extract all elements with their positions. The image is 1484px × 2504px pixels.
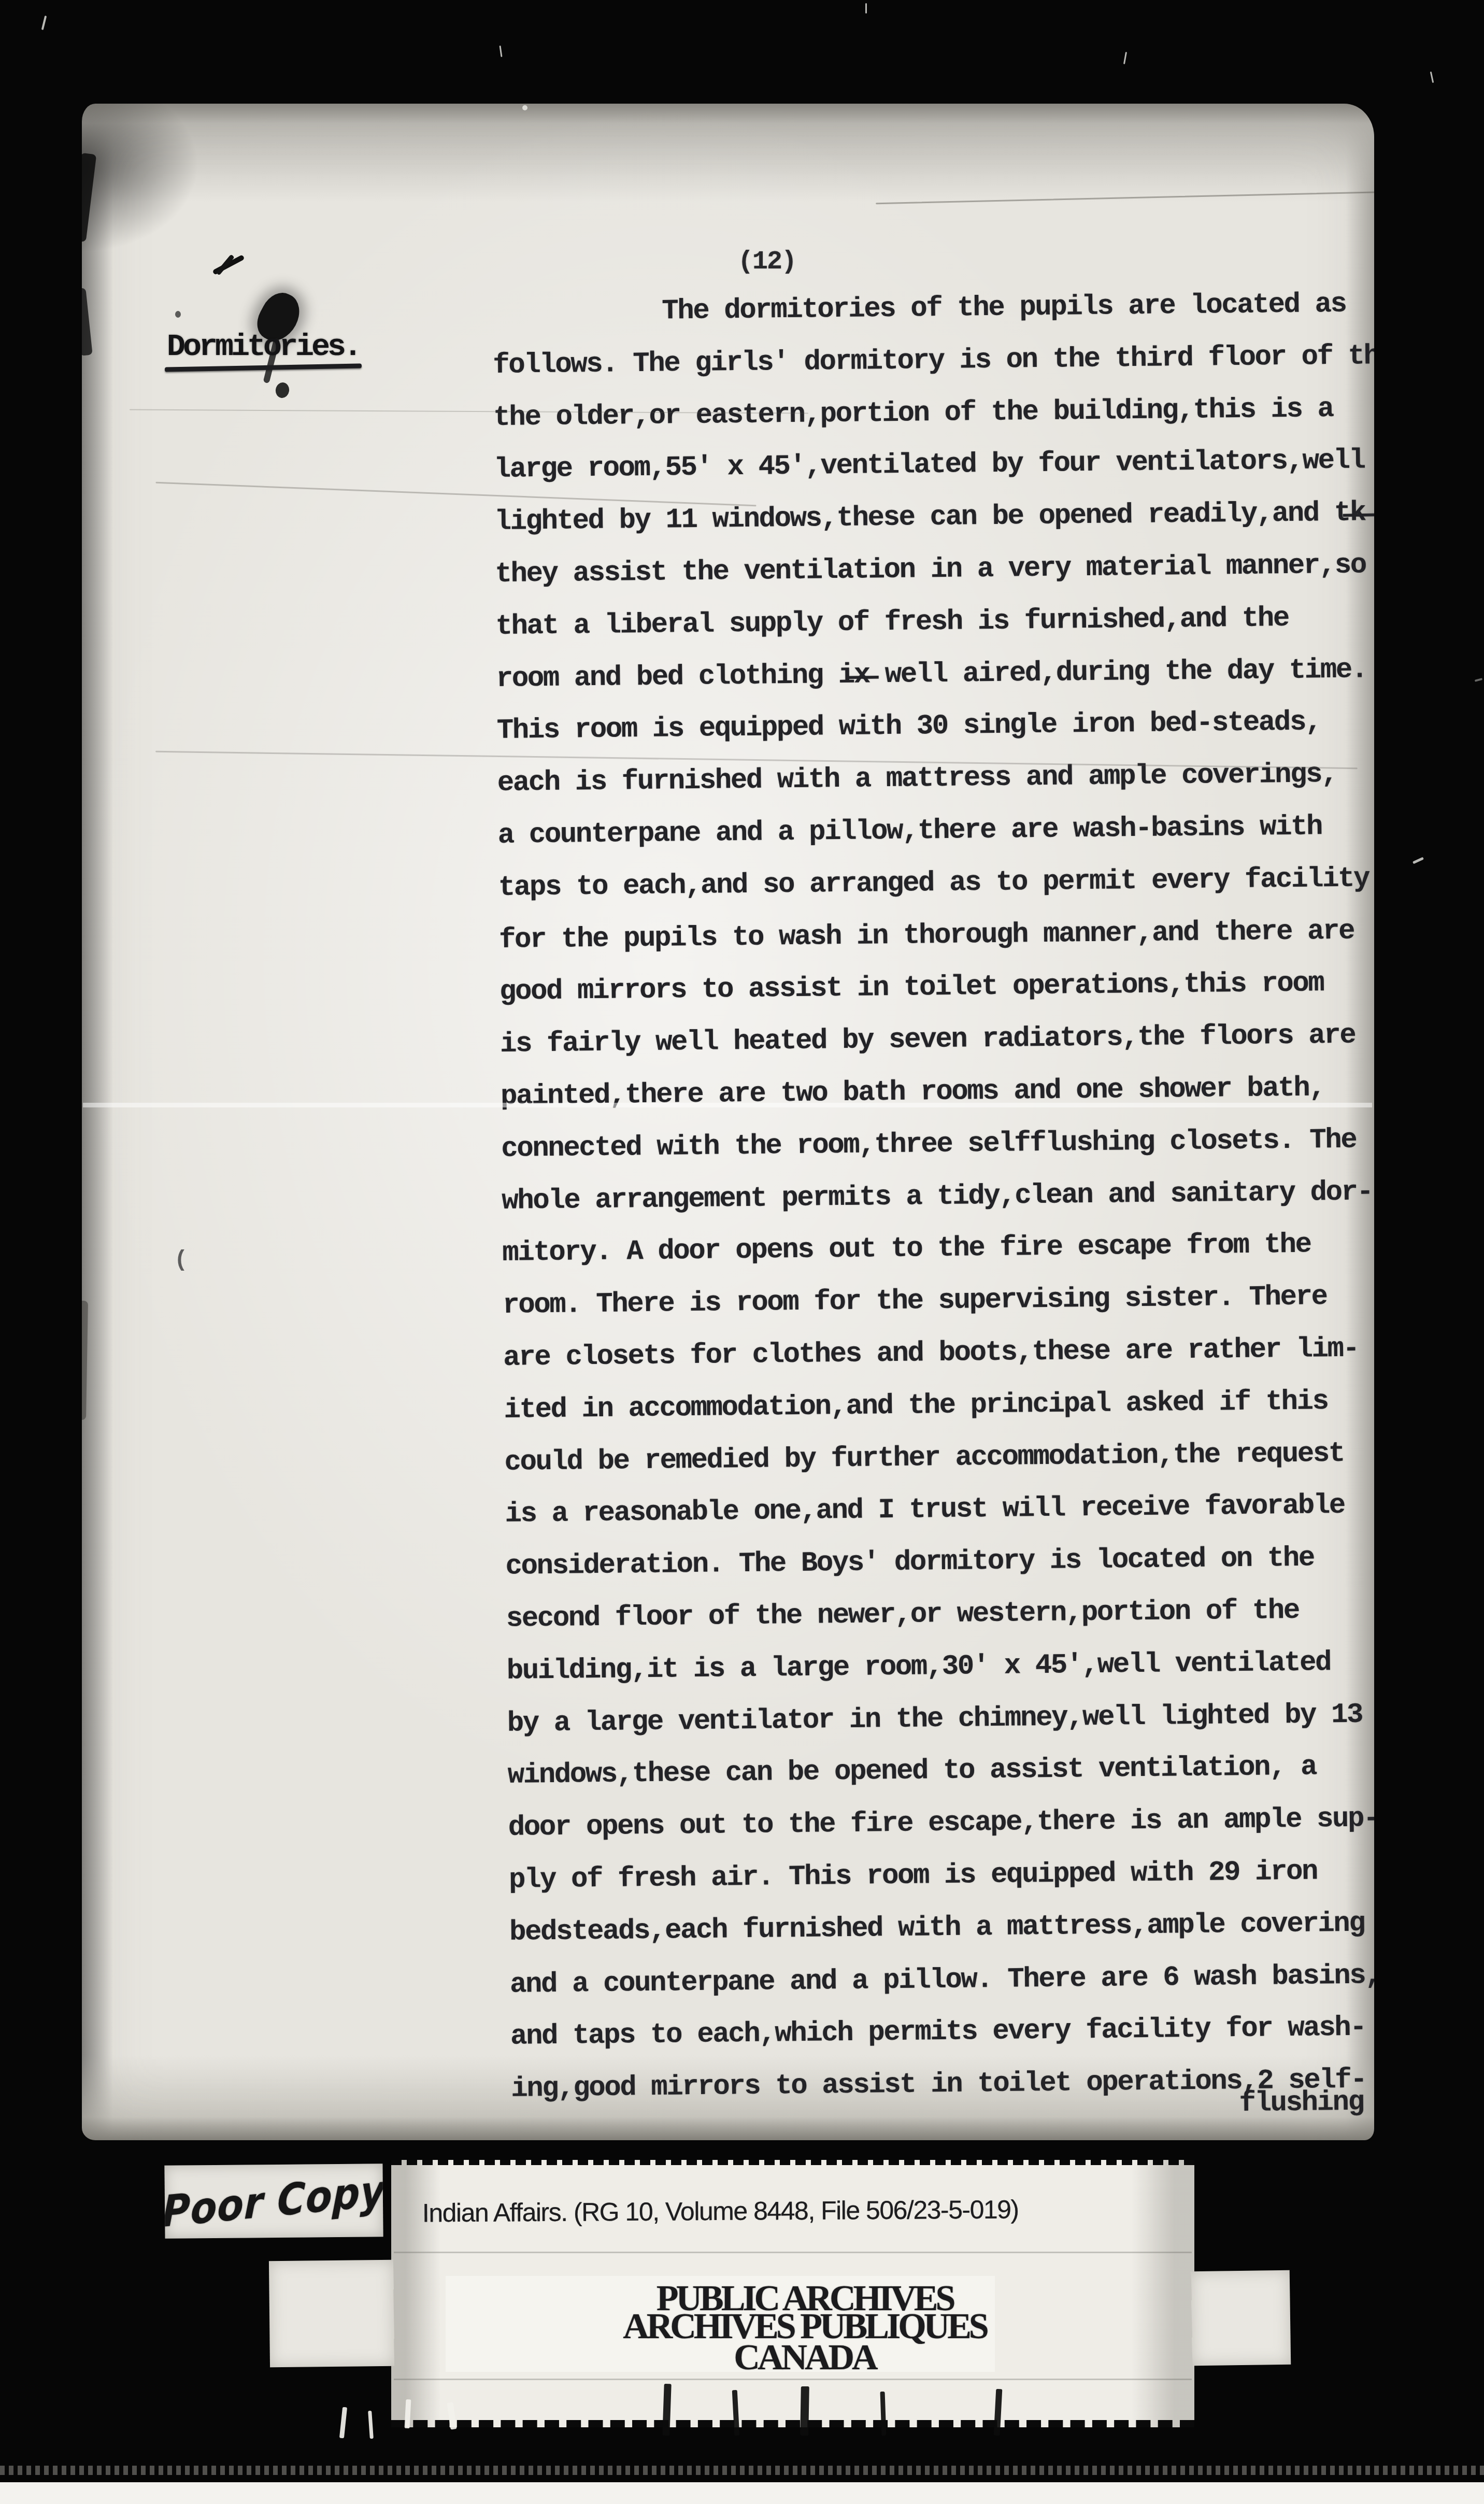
- text-line: room. There is room for the supervising …: [503, 1279, 1327, 1324]
- pen-mark: [211, 249, 258, 290]
- text-line: are closets for clothes and boots,these …: [503, 1331, 1359, 1376]
- archival-reference-label: Indian Affairs. (RG 10, Volume 8448, Fil…: [422, 2194, 1019, 2228]
- scanner-bed-strip: [0, 2482, 1484, 2504]
- page-edge-streak: [82, 1301, 88, 1420]
- film-streak: [368, 2411, 374, 2439]
- text-line: connected with the room,three selfflushi…: [501, 1122, 1357, 1167]
- text-line: is a reasonable one,and I trust will rec…: [505, 1488, 1345, 1533]
- text-line: good mirrors to assist in toilet operati…: [500, 966, 1324, 1011]
- strip-seam: [394, 2379, 1192, 2380]
- text-line: room and bed clothing i̶x̶ well aired,du…: [496, 652, 1367, 698]
- film-speck: [1430, 72, 1434, 83]
- film-streak: [339, 2407, 347, 2439]
- text-line: each is furnished with a mattress and am…: [497, 757, 1337, 802]
- strip-seam: [394, 2252, 1192, 2253]
- text-line: windows,these can be opened to assist ve…: [508, 1749, 1317, 1794]
- text-line: the older,or eastern,portion of the buil…: [493, 391, 1333, 436]
- text-line: large room,55' x 45',ventilated by four …: [494, 443, 1365, 489]
- text-line: could be remedied by further accommodati…: [504, 1436, 1344, 1481]
- paper-speck: [175, 311, 181, 318]
- film-speck: [865, 3, 867, 13]
- text-line: they assist the ventilation in a very ma…: [495, 547, 1366, 593]
- text-line: ply of fresh air. This room is equipped …: [509, 1854, 1318, 1898]
- text-line: taps to each,and so arranged as to permi…: [498, 861, 1369, 906]
- poor-copy-note-box: Poor Copy: [164, 2164, 383, 2239]
- text-line: for the pupils to wash in thorough manne…: [499, 913, 1354, 958]
- text-line: consideration. The Boys' dormitory is lo…: [505, 1541, 1314, 1585]
- ink-blot-drip: [275, 381, 291, 399]
- film-speck: [1412, 857, 1424, 864]
- text-line: mitory. A door opens out to the fire esc…: [502, 1227, 1311, 1272]
- archives-stamp-line-3: CANADA: [546, 2341, 1064, 2374]
- film-speck: [1475, 678, 1483, 682]
- text-line: and a counterpane and a pillow. There ar…: [510, 1958, 1374, 2003]
- text-line: by a large ventilator in the chimney,wel…: [507, 1697, 1362, 1742]
- text-line: The dormitories of the pupils are locate…: [492, 287, 1346, 332]
- text-line: second floor of the newer,or western,por…: [506, 1593, 1299, 1638]
- page-edge-tear: [82, 288, 93, 356]
- text-line: follows. The girls' dormitory is on the …: [493, 338, 1374, 384]
- film-edge-line: [0, 2475, 1484, 2482]
- microfilm-scan-frame: (12) Dormitories. flushing The dormitori…: [0, 0, 1484, 2504]
- page-number: (12): [738, 248, 796, 277]
- text-line: door opens out to the fire escape,there …: [508, 1801, 1374, 1846]
- document-page: (12) Dormitories. flushing The dormitori…: [82, 104, 1374, 2140]
- text-line: painted,there are two bath rooms and one…: [501, 1070, 1325, 1115]
- text-line: ing,good mirrors to assist in toilet ope…: [511, 2062, 1366, 2108]
- text-line: building,it is a large room,30' x 45',we…: [506, 1645, 1331, 1690]
- film-speck: [522, 105, 527, 110]
- film-streak: [800, 2386, 809, 2436]
- text-line: This room is equipped with 30 single iro…: [496, 705, 1321, 750]
- text-line: and taps to each,which permits every fac…: [510, 2010, 1366, 2055]
- film-scratch: [876, 191, 1374, 205]
- text-line: is fairly well heated by seven radiators…: [500, 1018, 1355, 1063]
- body-text: flushing The dormitories of the pupils a…: [492, 286, 1374, 2140]
- exposure-line: [83, 1103, 1372, 1107]
- margin-heading: Dormitories.: [167, 331, 360, 364]
- film-speck: [1123, 52, 1127, 64]
- text-line: that a liberal supply of fresh is furnis…: [495, 601, 1289, 645]
- text-line: lighted by 11 windows,these can be opene…: [494, 495, 1365, 541]
- film-speck: [41, 16, 47, 30]
- stray-typed-mark: (: [174, 1248, 188, 1273]
- film-speck: [499, 46, 502, 57]
- poor-copy-handwriting: Poor Copy: [164, 2169, 383, 2233]
- stamp-band-right: [1191, 2270, 1291, 2366]
- text-line: whole arrangement permits a tidy,clean a…: [502, 1174, 1373, 1220]
- text-line: ited in accommodation,and the principal …: [504, 1384, 1328, 1429]
- text-line: a counterpane and a pillow,there are was…: [498, 809, 1322, 854]
- film-streak: [662, 2384, 671, 2436]
- stamp-band-left: [269, 2260, 394, 2368]
- text-line: bedsteads,each furnished with a mattress…: [509, 1905, 1365, 1951]
- page-edge-tear: [82, 153, 96, 242]
